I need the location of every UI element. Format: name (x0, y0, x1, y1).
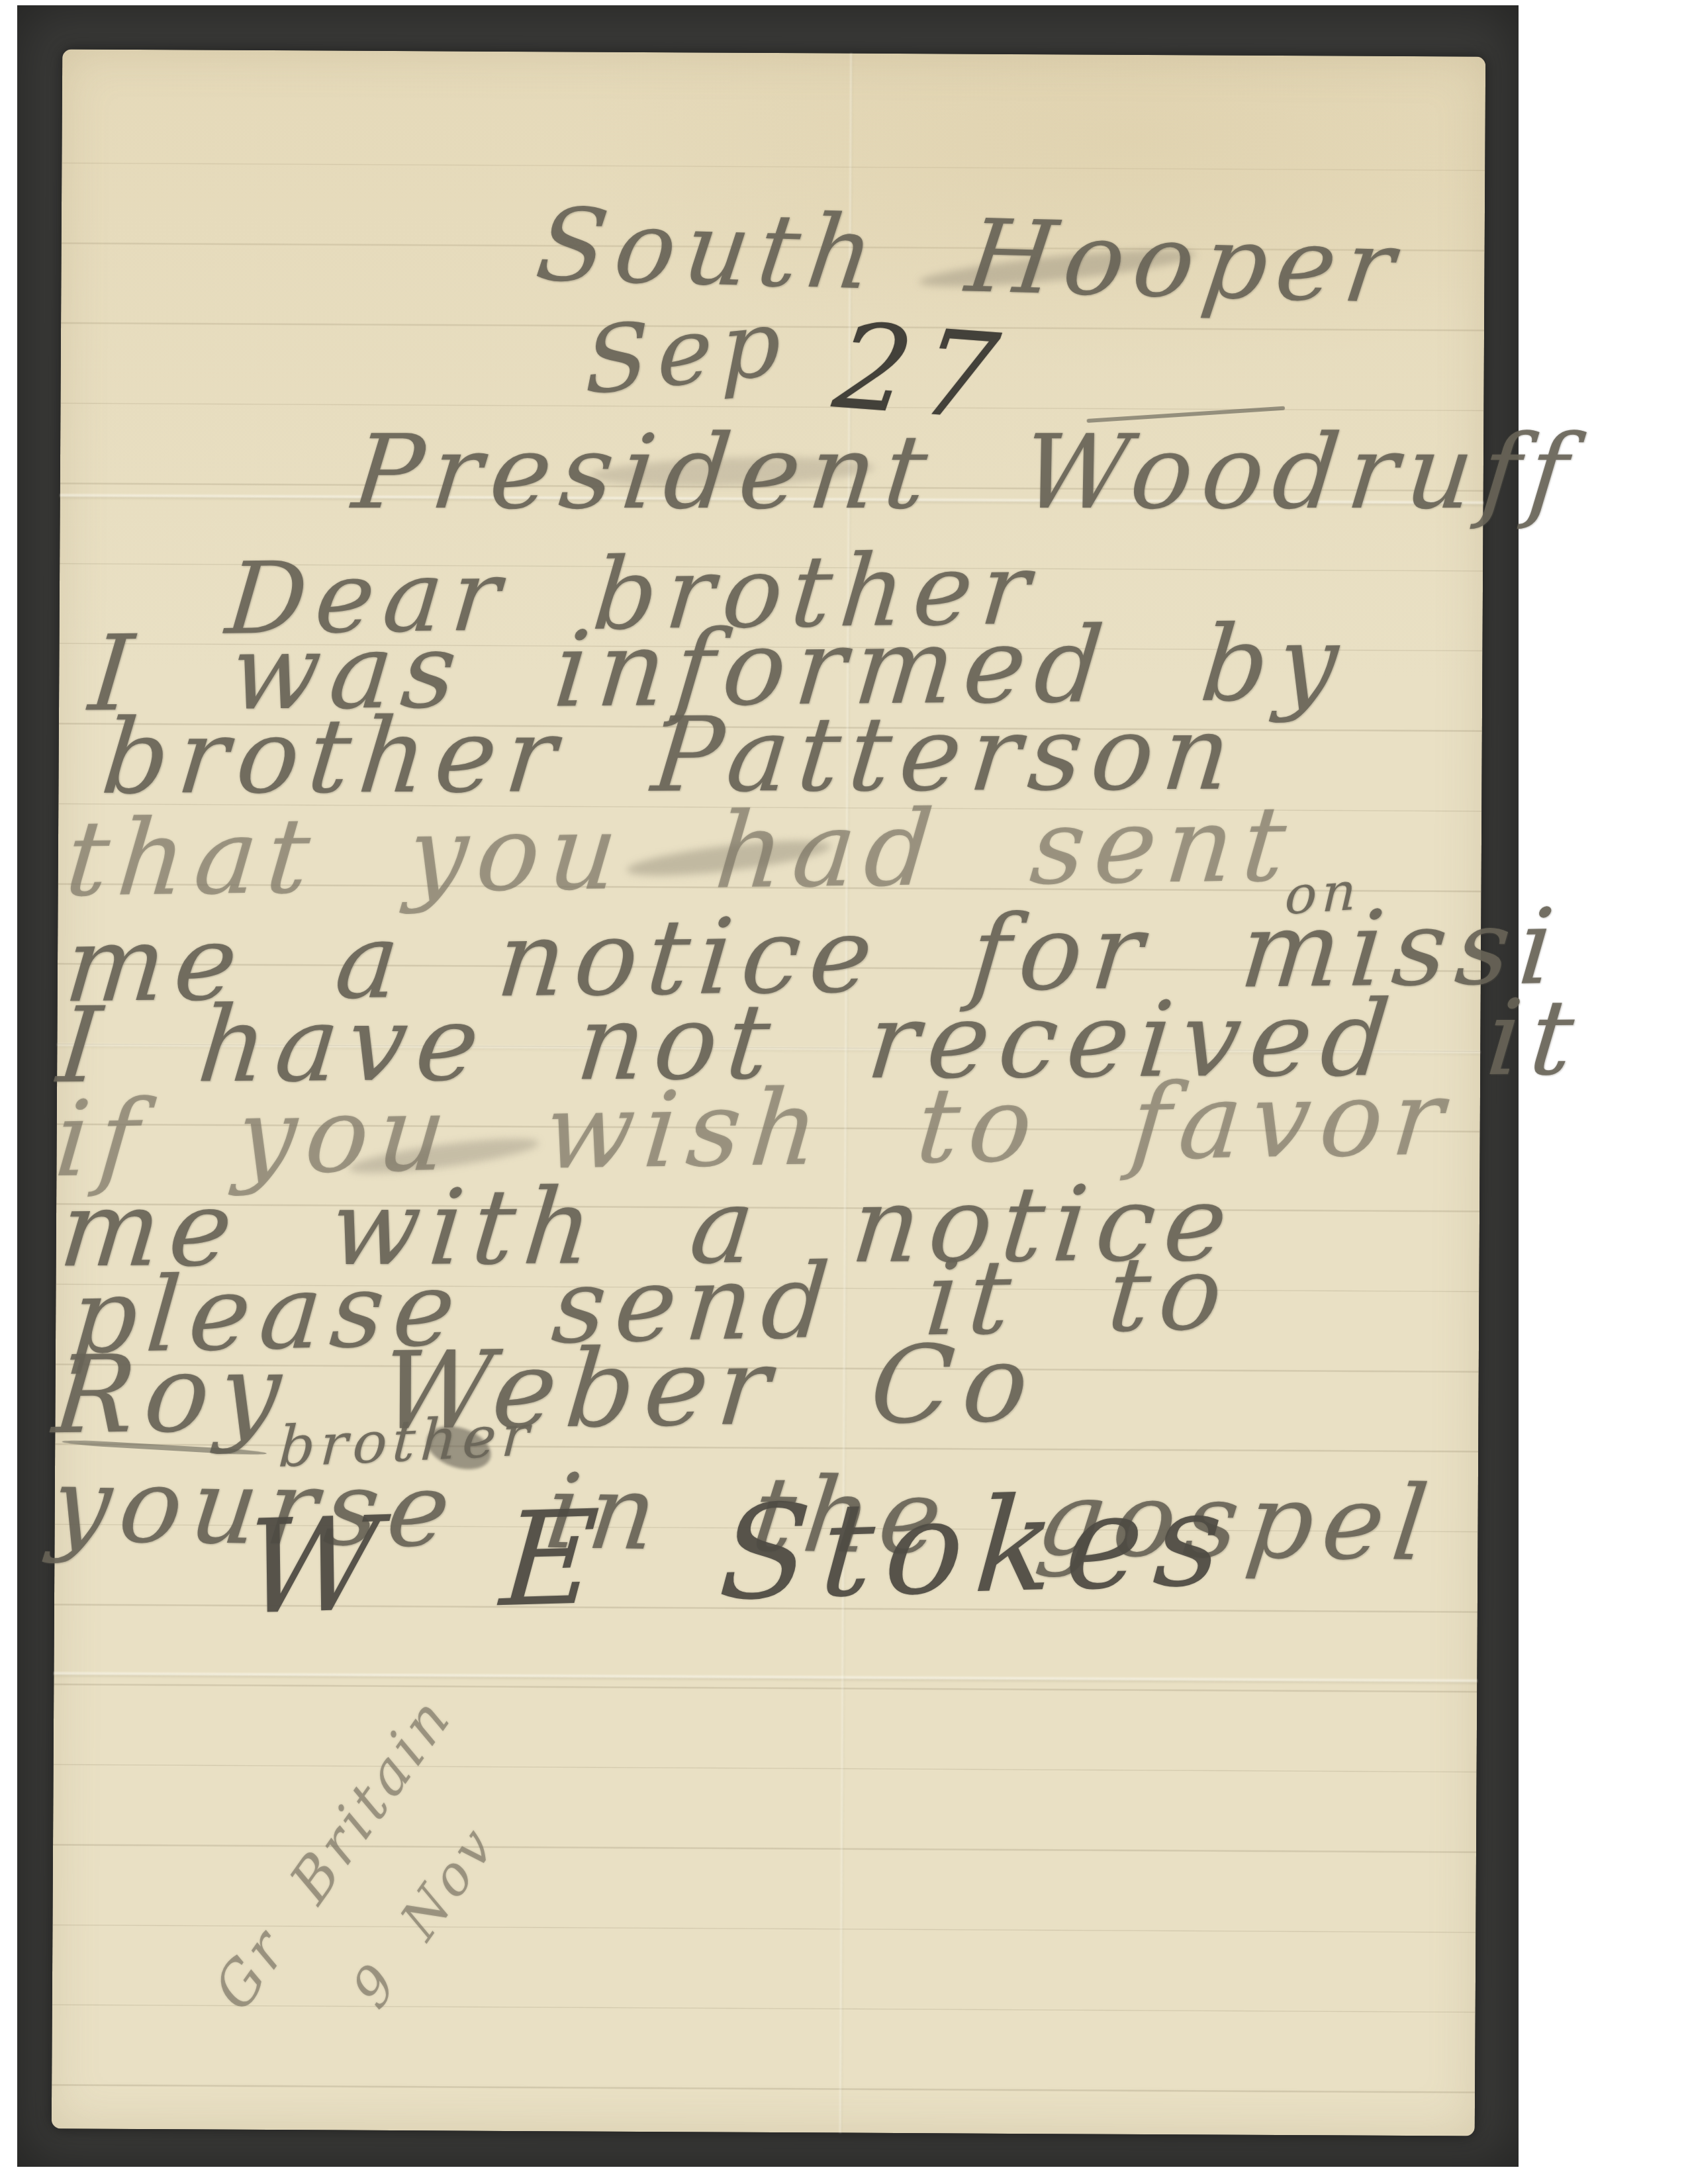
fold-crease-horizontal-bottom (54, 1672, 1477, 1682)
archival-annotation-line-1: Gr Britain (205, 1684, 463, 2021)
letter-paper: South Hooper Sep 27 President Woodruff D… (52, 49, 1485, 2136)
scan-mat: South Hooper Sep 27 President Woodruff D… (17, 5, 1519, 2167)
body-line: Roy Weber Co (49, 1328, 1043, 1452)
superscript-correction: on (1284, 864, 1362, 924)
scanned-letter-canvas: South Hooper Sep 27 President Woodruff D… (0, 0, 1688, 2184)
date-month: Sep (585, 294, 789, 411)
signature-line: W E Stokes (240, 1472, 1239, 1637)
recipient-line: President Woodruff (348, 419, 1582, 527)
